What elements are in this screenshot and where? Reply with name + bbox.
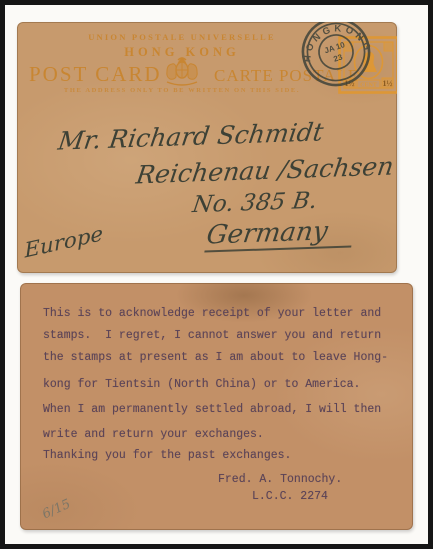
postmark-date-top: JA 10 (323, 40, 346, 55)
address-line-1: Mr. Richard Schmidt (56, 117, 325, 155)
postcard-front: UNION POSTALE UNIVERSELLE HONG KONG POST… (17, 22, 397, 273)
postmark-date-bottom: 23 (332, 52, 344, 63)
stamp-value-right: 1½ (383, 79, 393, 88)
postcard-message: This is to acknowledge receipt of your l… (20, 283, 413, 530)
address-line-3: No. 385 B. (191, 188, 319, 218)
coat-of-arms-icon (157, 55, 207, 87)
address-notice: THE ADDRESS ONLY TO BE WRITTEN ON THIS S… (57, 87, 307, 94)
post-card-label: POST CARD (29, 62, 162, 87)
signature-line: Fred. A. Tonnochy. (218, 473, 342, 486)
address-line-2: Reichenau /Sachsen (134, 152, 395, 190)
upu-heading: UNION POSTALE UNIVERSELLE (57, 32, 307, 42)
reference-number: L.C.C. 2274 (252, 490, 328, 503)
message-line: kong for Tientsin (North China) or to Am… (43, 378, 360, 391)
message-line: Thanking you for the past exchanges. (43, 449, 291, 462)
message-line: write and return your exchanges. (43, 428, 264, 441)
photo-frame: UNION POSTALE UNIVERSELLE HONG KONG POST… (0, 0, 433, 549)
message-line: stamps. I regret, I cannot answer you an… (43, 329, 381, 342)
message-line: the stamps at present as I am about to l… (43, 351, 388, 364)
address-line-4: Germany (204, 215, 356, 252)
message-line: When I am permanently settled abroad, I … (43, 403, 381, 416)
postmark-stamp: HONGKONG JA 10 23 (294, 22, 378, 94)
pencil-note: 6/15 (40, 497, 73, 523)
route-note: Europe (24, 222, 104, 263)
message-line: This is to acknowledge receipt of your l… (43, 307, 381, 320)
